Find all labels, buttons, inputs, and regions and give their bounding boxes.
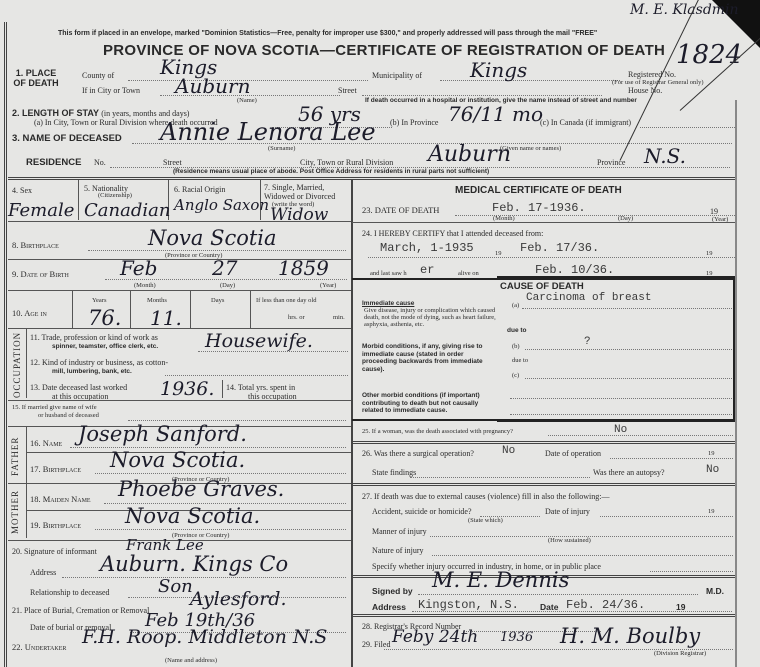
month-note: (Month) — [134, 282, 156, 289]
stay-province-value: 76/11 mo — [448, 102, 543, 126]
father-name: Joseph Sanford. — [78, 422, 247, 446]
sex-value: Female — [8, 200, 74, 221]
q19-label: 19. Birthplace — [30, 520, 81, 530]
alive-on-date: Feb. 10/36. — [535, 263, 614, 277]
autopsy-value: No — [706, 464, 719, 476]
how-note: (How sustained) — [548, 537, 591, 544]
undertaker: F.H. Roop. Middleton N.S — [82, 626, 327, 648]
nature-label: Nature of injury — [372, 546, 424, 555]
q11-sub: spinner, teamster, office clerk, etc. — [52, 343, 158, 350]
q21-label: 21. Place of Burial, Cremation or Remova… — [12, 606, 149, 615]
birthplace-value: Nova Scotia — [148, 226, 277, 250]
physician-signature: M. E. Dennis — [432, 568, 569, 592]
last-worked-value: 1936. — [160, 378, 214, 400]
q14-label: 14. Total yrs. spent in — [226, 383, 295, 392]
q15-label: 15. If married give name of wife — [12, 404, 97, 411]
q12-sub: mill, lumbering, bank, etc. — [52, 368, 132, 375]
injury-19: 19 — [708, 508, 715, 515]
year-note: (Year) — [320, 282, 336, 289]
municipality-label: Municipality of — [372, 71, 422, 80]
residence-no-label: No. — [94, 158, 106, 167]
name-note: (Name) — [237, 97, 257, 104]
md-label: M.D. — [706, 586, 724, 596]
dob-label: 9. Date of Birth — [12, 269, 69, 279]
mother-birthplace: Nova Scotia. — [125, 504, 260, 528]
age-years: 76. — [88, 306, 121, 330]
cause-of-death-heading: CAUSE OF DEATH — [500, 281, 584, 292]
due-to-1: due to — [507, 327, 527, 334]
cause-a-label: (a) — [512, 302, 519, 309]
q24-label: 24. I HEREBY CERTIFY that I attended dec… — [362, 229, 543, 238]
residence-label: RESIDENCE — [26, 157, 81, 168]
length-of-stay-heading: 2. LENGTH OF STAY (in years, months and … — [12, 108, 189, 118]
center-divider — [351, 180, 353, 667]
q12-label: 12. Kind of industry or business, as cot… — [30, 358, 168, 367]
occupation-value: Housewife. — [205, 330, 313, 352]
registrar-note: (Division Registrar) — [654, 650, 706, 657]
physician-address: Kingston, N.S. — [418, 598, 519, 612]
filed-year: 1936 — [500, 630, 533, 645]
last-saw-pronoun: er — [420, 263, 434, 277]
dob-year: 1859 — [278, 256, 329, 280]
q20-label: 20. Signature of informant — [12, 547, 97, 556]
mailing-notice: This form if placed in an envelope, mark… — [58, 30, 597, 37]
stay-canada-label: (c) In Canada (if immigrant) — [540, 118, 631, 127]
deceased-name: Annie Lenora Lee — [160, 118, 376, 146]
less-than-day-label: If less than one day old — [256, 297, 316, 304]
racial-origin-label: 6. Racial Origin — [174, 185, 225, 194]
q15-sub: or husband of deceased — [38, 412, 99, 419]
attended-to: Feb. 17/36. — [520, 241, 599, 255]
cause-b-label: (b) — [512, 343, 520, 350]
city-label: If in City or Town — [82, 86, 140, 95]
county-label: County of — [82, 71, 114, 80]
morbid-conditions-label: Morbid conditions, if any, giving rise t… — [362, 343, 492, 373]
accident-label: Accident, suicide or homicide? — [372, 507, 472, 516]
residence-province-value: N.S. — [644, 144, 686, 168]
signed-by-label: Signed by — [372, 586, 413, 596]
physician-address-label: Address — [372, 602, 406, 612]
dob-month: Feb — [120, 256, 157, 280]
immediate-cause-note: Give disease, injury or complication whi… — [364, 307, 496, 328]
house-no-label: House No. — [628, 86, 662, 95]
days-label: Days — [211, 297, 224, 304]
q18-label: 18. Maiden Name — [30, 494, 91, 504]
q26-label: 26. Was there a surgical operation? — [362, 449, 474, 458]
burial-place: Aylesford. — [190, 588, 287, 610]
q17-label: 17. Birthplace — [30, 464, 81, 474]
residence-street-label: Street — [163, 158, 182, 167]
attended-to-19: 19 — [706, 250, 713, 257]
occupation-side-label: OCCUPATION — [12, 332, 22, 398]
marital-status-value: Widow — [270, 205, 328, 225]
surgery-value: No — [502, 445, 515, 457]
death-certificate: This form if placed in an envelope, mark… — [0, 0, 760, 667]
street-label: Street — [338, 86, 357, 95]
right-border — [735, 100, 737, 667]
immediate-cause-label: Immediate cause — [362, 300, 414, 307]
cause-c-label: (c) — [512, 372, 519, 379]
dob-day: 27 — [212, 256, 237, 280]
municipality-value: Kings — [470, 58, 527, 82]
q22-label: 22. Undertaker — [12, 642, 66, 652]
other-conditions-label: Other morbid conditions (if important) c… — [362, 392, 492, 415]
dod-day-note: (Day) — [618, 215, 633, 222]
residence-province-label: Province — [597, 158, 625, 167]
relationship-label: Relationship to deceased — [30, 588, 110, 597]
dod-month-note: (Month) — [493, 215, 515, 222]
injury-date-label: Date of injury — [545, 507, 590, 516]
marital-status-label: 7. Single, Married, Widowed or Divorced — [264, 183, 352, 201]
age-label: 10. Age in — [12, 308, 47, 318]
mother-side-label: MOTHER — [10, 490, 20, 534]
autopsy-label: Was there an autopsy? — [593, 468, 665, 477]
date-of-death: Feb. 17-1936. — [492, 201, 586, 215]
medical-certificate-heading: MEDICAL CERTIFICATE OF DEATH — [455, 185, 622, 196]
attended-from: March, 1-1935 — [380, 241, 474, 255]
filed-date: Feby 24th — [392, 627, 478, 647]
place-of-death-label: 1. PLACE OF DEATH — [12, 68, 60, 88]
findings-label: State findings — [372, 468, 416, 477]
op-19: 19 — [708, 450, 715, 457]
last-saw-label: and last saw h — [370, 270, 407, 277]
state-which-note: (State which) — [468, 517, 503, 524]
months-label: Months — [147, 297, 167, 304]
manner-label: Manner of injury — [372, 527, 427, 536]
father-birthplace: Nova Scotia. — [110, 448, 245, 472]
undertaker-note: (Name and address) — [165, 657, 217, 664]
left-border — [4, 22, 7, 667]
city-value: Auburn — [175, 74, 250, 98]
q25-label: 25. If a woman, was the death associated… — [362, 428, 513, 435]
informant-address: Auburn. Kings Co — [100, 552, 288, 576]
stay-province-label: (b) In Province — [390, 118, 438, 127]
cert-date: Feb. 24/36. — [566, 598, 645, 612]
residence-note: (Residence means usual place of abode. P… — [173, 168, 489, 175]
residence-city-label: City, Town or Rural Division — [300, 158, 393, 167]
registrar-signature: H. M. Boulby — [560, 624, 700, 648]
op-date-label: Date of operation — [545, 449, 601, 458]
q13-label: 13. Date deceased last worked — [30, 383, 127, 392]
q23-label: 23. DATE OF DEATH — [362, 205, 439, 215]
cert-date-label: Date — [540, 602, 558, 612]
sex-label: 4. Sex — [12, 186, 32, 195]
relationship-value: Son — [158, 576, 193, 597]
cause-b-value: ? — [584, 336, 591, 348]
cert-19: 19 — [676, 602, 685, 612]
residence-city-value: Auburn — [428, 142, 511, 167]
q29-label: 29. Filed — [362, 640, 390, 649]
registered-no-label: Registered No. — [628, 70, 676, 79]
alive-on-label: alive on — [458, 270, 479, 277]
divider — [8, 177, 735, 180]
nationality-value: Canadian — [84, 200, 170, 221]
top-annotation: M. E. Klasdmin — [630, 2, 739, 18]
dod-year-label: 19 — [710, 207, 718, 216]
q16-label: 16. Name — [30, 438, 62, 448]
informant-address-label: Address — [30, 568, 56, 577]
min-label: min. — [333, 314, 345, 321]
mother-maiden-name: Phoebe Graves. — [118, 477, 284, 501]
name-of-deceased-label: 3. NAME OF DECEASED — [12, 133, 122, 144]
registered-number: 1824 — [676, 40, 742, 70]
father-side-label: FATHER — [10, 437, 20, 476]
day-note: (Day) — [220, 282, 235, 289]
due-to-2: due to — [512, 357, 528, 364]
hrs-label: hrs. or — [288, 314, 305, 321]
nationality-note: (Citizenship) — [98, 192, 132, 199]
years-label: Years — [92, 297, 107, 304]
surname-note: (Surname) — [268, 145, 295, 152]
age-months: 11. — [150, 306, 182, 330]
racial-origin-value: Anglo Saxon — [174, 196, 269, 214]
pregnancy-value: No — [614, 424, 627, 436]
q11-label: 11. Trade, profession or kind of work as — [30, 333, 158, 342]
birthplace-label: 8. Birthplace — [12, 240, 59, 250]
cause-a-value: Carcinoma of breast — [526, 292, 651, 304]
q27-label: 27. If death was due to external causes … — [362, 492, 609, 501]
attended-from-19: 19 — [495, 250, 502, 257]
